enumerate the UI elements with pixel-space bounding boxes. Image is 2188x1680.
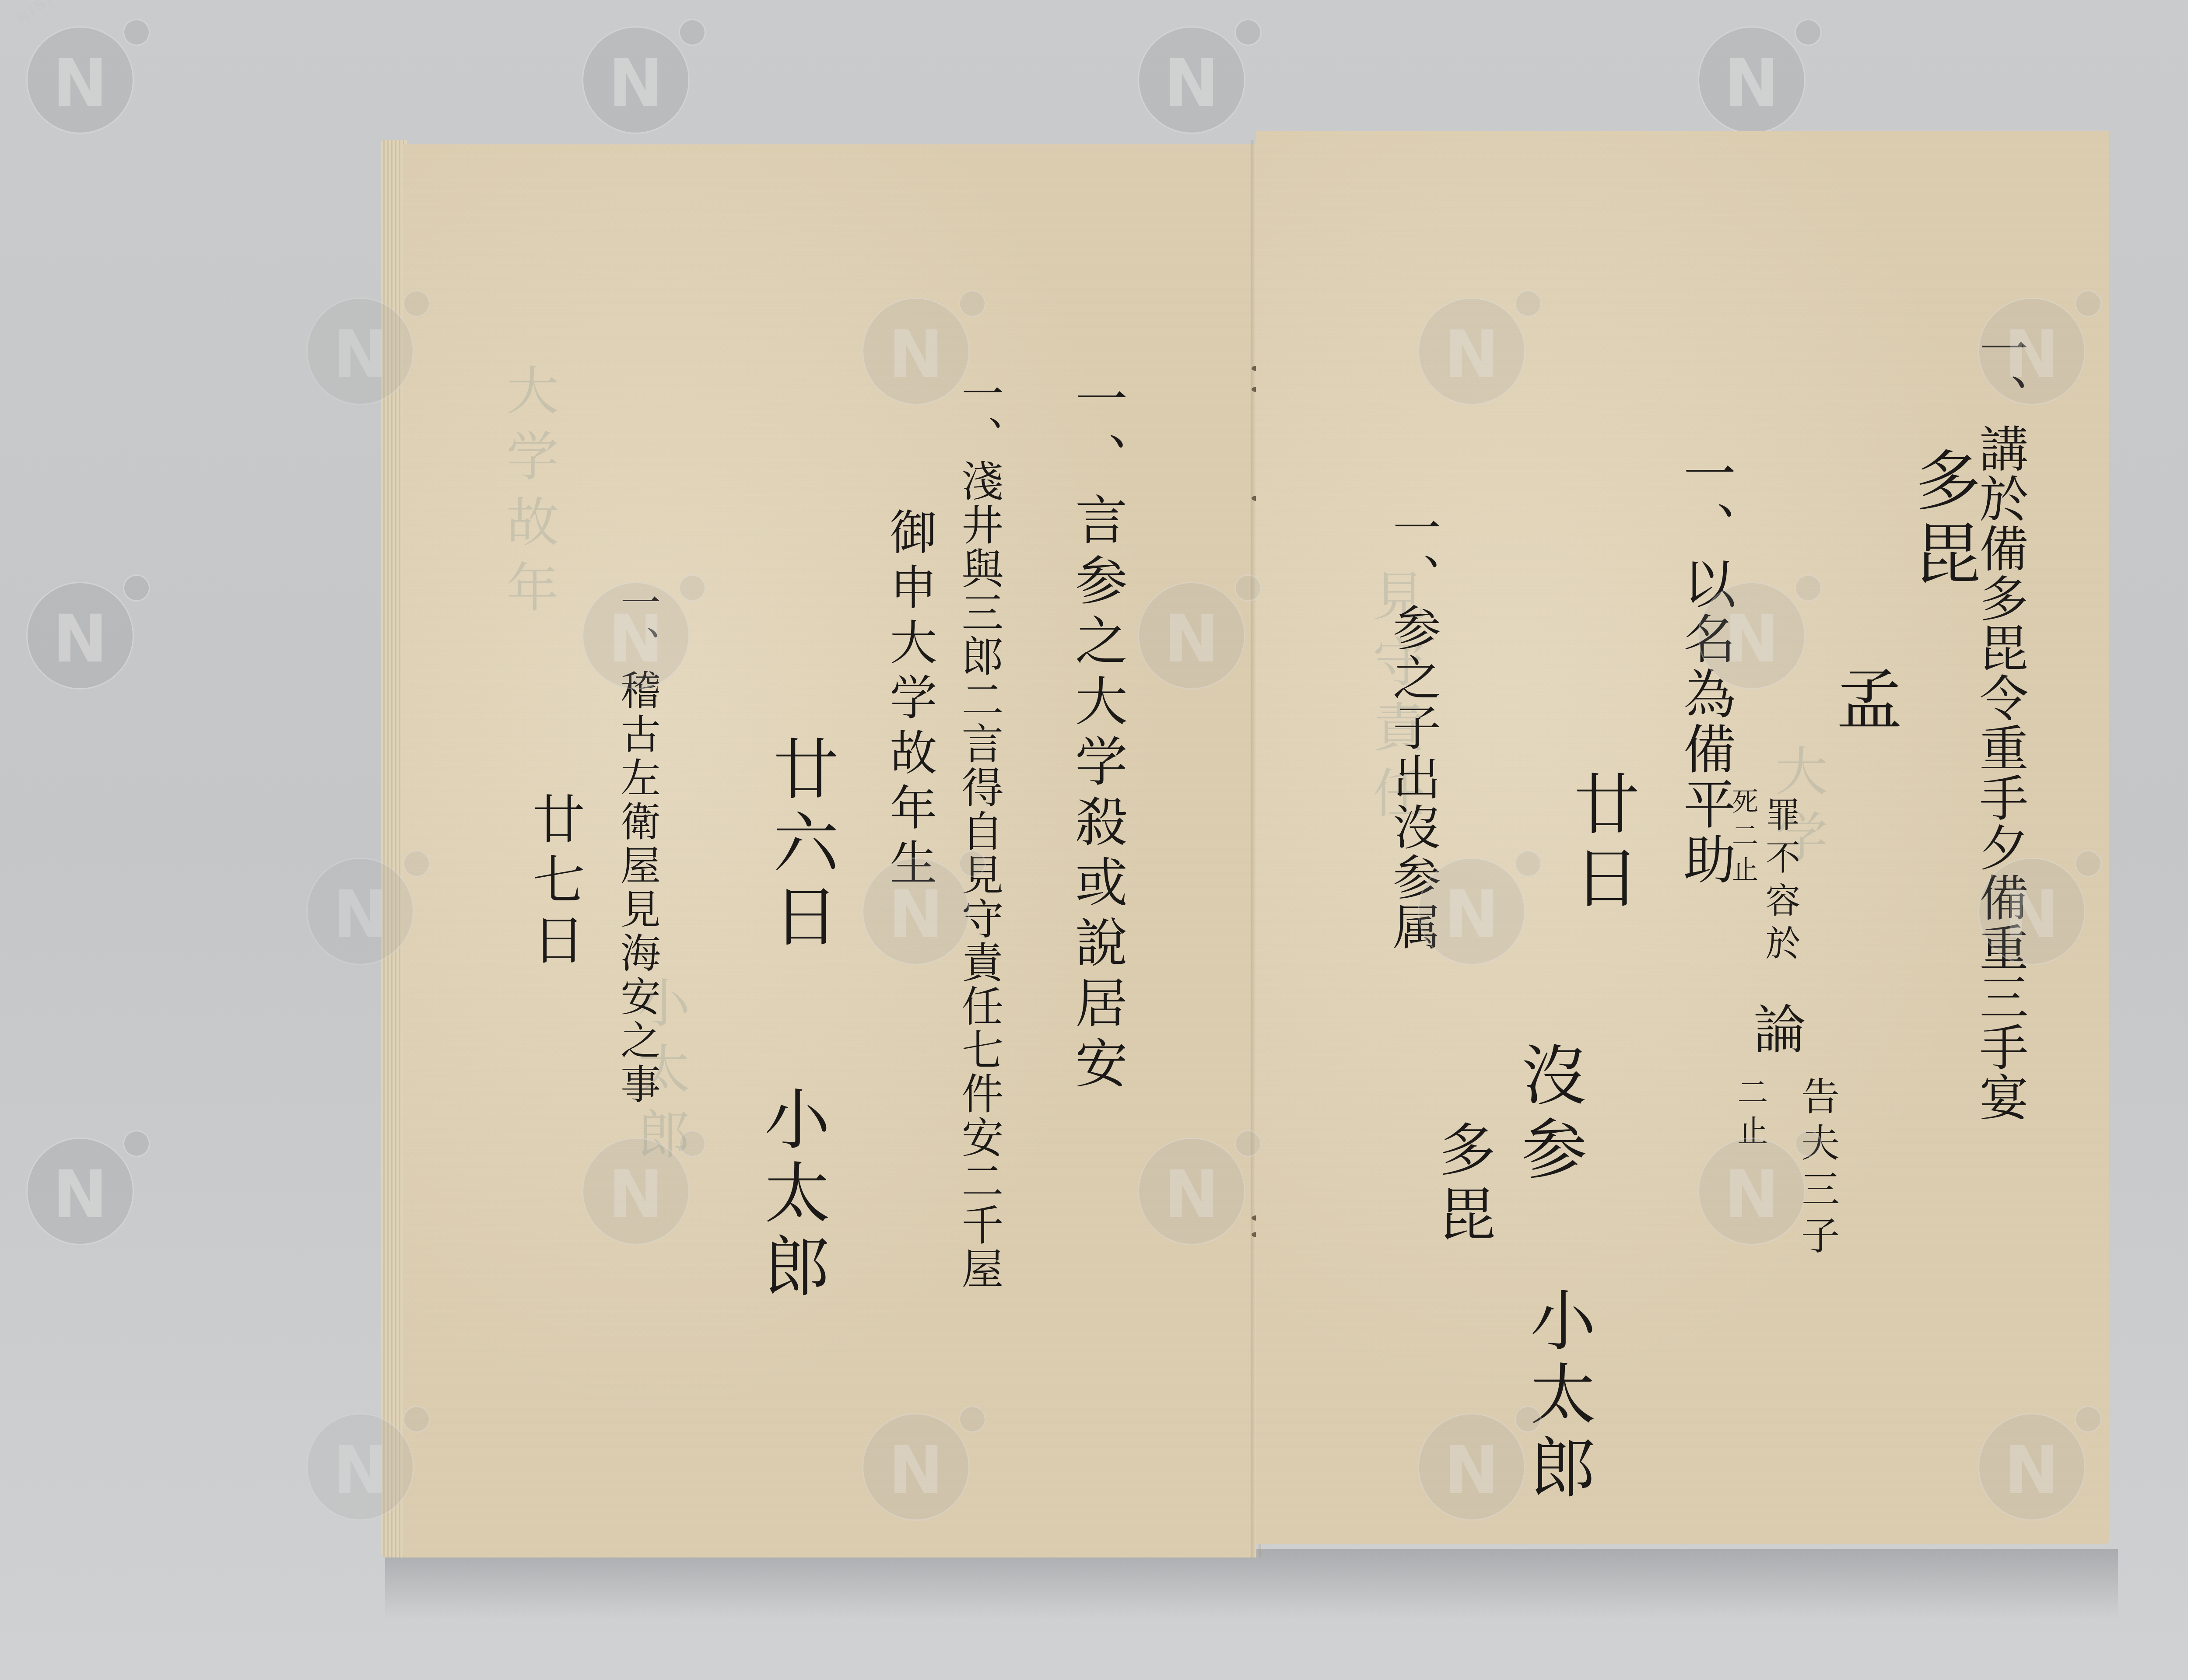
watermark-dot-icon (1795, 574, 1822, 602)
right-col-r10: 多毘 (1422, 1120, 1504, 1249)
watermark-glyph: N (1444, 322, 1499, 388)
watermark-logo: N (1418, 297, 1525, 405)
watermark-logo: N (582, 582, 690, 689)
watermark-dot-icon (2075, 290, 2102, 317)
watermark-dot-icon (959, 290, 986, 317)
watermark-logo: N (582, 26, 690, 134)
watermark-dot-icon (2075, 850, 2102, 877)
watermark-logo: N (1138, 1137, 1245, 1245)
watermark-logo: N (1698, 582, 1806, 689)
watermark-dot-icon (403, 1406, 430, 1433)
watermark-glyph: N (1724, 51, 1779, 116)
watermark-glyph: N (2004, 882, 2059, 948)
watermark-logo: N (1978, 1413, 2086, 1521)
watermark-dot-icon (959, 850, 986, 877)
watermark-logo: N (1418, 857, 1525, 965)
watermark-glyph: N (53, 606, 108, 672)
watermark-dot-icon (1795, 19, 1822, 46)
watermark-glyph: N (1444, 882, 1499, 948)
watermark-logo: N (1978, 857, 2086, 965)
watermark-dot-icon (1515, 1406, 1542, 1433)
watermark-glyph: N (888, 1438, 943, 1503)
watermark-glyph: N (2004, 1438, 2059, 1503)
watermark-glyph: N (1164, 606, 1219, 672)
watermark-dot-icon (1515, 290, 1542, 317)
watermark-logo: N (306, 857, 414, 965)
watermark-dot-icon (959, 1406, 986, 1433)
watermark-glyph: N (608, 51, 663, 116)
watermark-logo: NISHOGAKUSHAN (26, 26, 134, 134)
watermark-glyph: N (608, 1162, 663, 1228)
watermark-logo: N (26, 582, 134, 689)
watermark-logo: N (306, 1413, 414, 1521)
watermark-glyph: N (888, 882, 943, 948)
left-col-l7: 廿七日 (516, 792, 592, 973)
watermark-logo: N (26, 1137, 134, 1245)
watermark-dot-icon (123, 1130, 150, 1157)
watermark-logo: N (862, 857, 970, 965)
watermark-logo: N (306, 297, 414, 405)
watermark-logo: N (1978, 297, 2086, 405)
right-col-r9: 沒参 (1501, 1041, 1595, 1188)
left-col-l5: 小太郎 (744, 1085, 838, 1305)
watermark-dot-icon (679, 19, 706, 46)
left-col-l2: 一、淺井與三郎二言得自見守責任七件安二千屋 (950, 372, 1010, 1291)
ink-bleed-through: 大学故年 (490, 363, 565, 626)
watermark-logo: N (1138, 582, 1245, 689)
watermark-glyph: N (888, 322, 943, 388)
watermark-glyph: N (333, 1438, 388, 1503)
watermark-logo: N (1698, 1137, 1806, 1245)
watermark-glyph: N (1444, 1438, 1499, 1503)
left-page: 大学故年 小太郎 一、言参之大学殺或說居安 一、淺井與三郎二言得自見守責任七件安… (403, 144, 1256, 1557)
right-col-r1: 一、講於備多毘令重手夕備重三手宴 (1965, 324, 2035, 1122)
watermark-glyph: N (53, 1162, 108, 1228)
watermark-logo: N (862, 297, 970, 405)
watermark-dot-icon (123, 574, 150, 602)
watermark-logo: N (1138, 26, 1245, 134)
watermark-dot-icon (123, 19, 150, 46)
left-col-l3: 御申大学故年生 (875, 507, 943, 893)
watermark-dot-icon (2075, 1406, 2102, 1433)
watermark-glyph: N (2004, 322, 2059, 388)
watermark-glyph: N (53, 51, 108, 116)
watermark-dot-icon (1234, 19, 1262, 46)
watermark-glyph: N (333, 882, 388, 948)
right-col-r2: 多毘 (1895, 446, 1989, 593)
right-col-r3: 孟 (1816, 665, 1911, 738)
watermark-dot-icon (1515, 850, 1542, 877)
watermark-glyph: N (1724, 606, 1779, 672)
watermark-glyph: N (1164, 1162, 1219, 1228)
watermark-dot-icon (679, 574, 706, 602)
watermark-dot-icon (1234, 574, 1262, 602)
watermark-glyph: N (1164, 51, 1219, 116)
left-col-l1: 一、言参之大学殺或說居安 (1059, 372, 1134, 1096)
watermark-logo: N (1418, 1413, 1525, 1521)
watermark-glyph: N (333, 322, 388, 388)
watermark-dot-icon (403, 290, 430, 317)
watermark-glyph: N (1724, 1162, 1779, 1228)
right-col-r4: 罪不容於 (1755, 796, 1805, 968)
watermark-logo: N (1698, 26, 1806, 134)
watermark-dot-icon (403, 850, 430, 877)
right-col-r5: 論 (1737, 1002, 1813, 1062)
watermark-dot-icon (679, 1130, 706, 1157)
right-col-r8: 廿日 (1553, 770, 1648, 917)
left-col-l4: 廿六日 (753, 735, 847, 955)
watermark-logo: N (862, 1413, 970, 1521)
watermark-dot-icon (1795, 1130, 1822, 1157)
book-shadow (385, 1549, 2118, 1619)
watermark-dot-icon (1234, 1130, 1262, 1157)
watermark-glyph: N (608, 606, 663, 672)
watermark-logo: N (582, 1137, 690, 1245)
